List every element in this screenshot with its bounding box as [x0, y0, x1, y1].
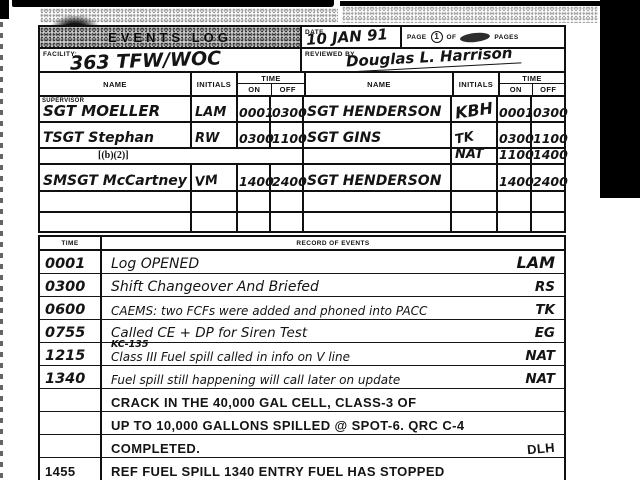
pages-label: PAGES: [494, 34, 518, 41]
event-text: COMPLETED.: [111, 441, 200, 456]
time-off-value: 2400: [533, 174, 568, 189]
roster-row-empty: [40, 192, 564, 213]
time-on-value: 0001: [239, 105, 274, 120]
initials-value: TK: [454, 129, 475, 147]
roster-row-3-redacted: [(b)(2)] NAT 1100 1400: [40, 149, 564, 165]
event-text: Shift Changeover And Briefed: [111, 279, 319, 295]
page-label: PAGE: [407, 34, 427, 41]
event-time: 1215: [45, 348, 85, 364]
event-time: 0755: [45, 325, 85, 341]
initials-value: NAT: [455, 147, 484, 162]
roster-header-row: NAME INITIALS TIME ON OFF NAME INITIALS …: [40, 73, 564, 97]
initials-header: INITIALS: [192, 73, 238, 95]
name-value: SGT GINS: [307, 130, 381, 146]
scan-artifact-corner-block: [0, 0, 9, 19]
name-cell: SUPERVISOR SGT MOELLER: [40, 97, 192, 121]
name-value: TSGT Stephan: [43, 130, 154, 146]
form-title-cell: EVENTS LOG: [40, 27, 302, 47]
roster-form: EVENTS LOG DATE 10 JAN 91 PAGE 1 OF PAGE…: [38, 25, 566, 233]
scan-noise-band-right: [342, 6, 598, 23]
initials-header: INITIALS: [454, 73, 500, 95]
event-initials: LAM: [517, 253, 556, 272]
scan-smudge-pages: [460, 31, 491, 43]
date-field: DATE 10 JAN 91: [302, 27, 402, 47]
event-row: 0001 Log OPENED LAM: [40, 251, 564, 274]
time-on-value: 1400: [499, 174, 534, 189]
name-value: SGT HENDERSON: [307, 104, 441, 120]
event-row: 0600 CAEMS: two FCFs were added and phon…: [40, 297, 564, 320]
scan-artifact-left-edge: [0, 22, 3, 478]
event-text: Log OPENED: [111, 256, 199, 272]
event-time: 0600: [45, 302, 85, 318]
initials-value: KBH: [454, 98, 494, 122]
time-off-value: 1100: [533, 131, 568, 146]
time-header: TIME: [500, 73, 564, 84]
form-title: EVENTS LOG: [108, 30, 232, 45]
time-on-value: 0300: [499, 131, 534, 146]
event-text: Class III Fuel spill called in info on V…: [111, 350, 350, 364]
event-text: CRACK IN THE 40,000 GAL CELL, CLASS-3 OF: [111, 395, 416, 410]
event-initials: NAT: [525, 348, 555, 364]
scan-artifact-top-bar-left: [12, 0, 334, 7]
roster-row-4: SMSGT McCartney VM 1400 2400 SGT HENDERS…: [40, 165, 564, 192]
reviewed-by-field: REVIEWED BY Douglas L. Harrison: [302, 49, 564, 71]
event-initials: RS: [535, 279, 555, 295]
name-header: NAME: [40, 73, 192, 95]
roster-row-2: TSGT Stephan RW 0300 1100 SGT GINS TK 03…: [40, 123, 564, 149]
event-row: 1455 REF FUEL SPILL 1340 ENTRY FUEL HAS …: [40, 458, 564, 480]
facility-field: FACILITY: 363 TFW/WOC: [40, 49, 302, 71]
time-off-value: 0300: [272, 105, 307, 120]
initials-value: LAM: [195, 105, 226, 120]
time-on-value: 0300: [239, 131, 274, 146]
off-header: OFF: [272, 84, 305, 95]
event-text: Fuel spill still happening will call lat…: [111, 373, 400, 387]
facility-value: 363 TFW/WOC: [70, 47, 222, 74]
roster-row-1: SUPERVISOR SGT MOELLER LAM 0001 0300 SGT…: [40, 97, 564, 123]
event-row: 1340 Fuel spill still happening will cal…: [40, 366, 564, 389]
redacted-cell: [(b)(2)]: [40, 149, 304, 163]
foia-redaction-tag: [(b)(2)]: [98, 150, 129, 161]
event-time: 0001: [45, 256, 85, 272]
off-header: OFF: [533, 84, 565, 95]
time-on-value: 0001: [499, 105, 534, 120]
name-header: NAME: [306, 73, 454, 95]
page-field: PAGE 1 OF PAGES: [402, 27, 564, 47]
time-header-group: TIME ON OFF: [238, 73, 304, 95]
time-off-value: 1100: [272, 131, 307, 146]
event-initials: TK: [535, 302, 555, 318]
initials-value: RW: [195, 131, 219, 146]
time-off-value: 2400: [272, 174, 307, 189]
record-of-events-table: TIME RECORD OF EVENTS 0001 Log OPENED LA…: [38, 235, 566, 480]
events-header-row: TIME RECORD OF EVENTS: [40, 237, 564, 251]
time-header: TIME: [238, 73, 304, 84]
event-initials: EG: [535, 325, 555, 341]
scan-artifact-right-margin: [600, 0, 640, 198]
event-text: REF FUEL SPILL 1340 ENTRY FUEL HAS STOPP…: [111, 464, 445, 479]
event-row-continuation: CRACK IN THE 40,000 GAL CELL, CLASS-3 OF: [40, 389, 564, 412]
initials-value: VM: [194, 173, 218, 190]
roster-row-empty: [40, 213, 564, 231]
on-header: ON: [238, 84, 272, 95]
event-row-continuation: COMPLETED. DLH: [40, 435, 564, 458]
time-off-value: 1400: [533, 147, 568, 162]
event-initials: DLH: [526, 440, 555, 457]
event-time: 0300: [45, 279, 85, 295]
of-label: OF: [447, 34, 457, 41]
time-header-group: TIME ON OFF: [500, 73, 564, 95]
event-text: UP TO 10,000 GALLONS SPILLED @ SPOT-6. Q…: [111, 418, 465, 433]
event-row: 0300 Shift Changeover And Briefed RS: [40, 274, 564, 297]
on-header: ON: [500, 84, 533, 95]
name-value: SGT HENDERSON: [307, 173, 441, 189]
facility-row: FACILITY: 363 TFW/WOC REVIEWED BY Dougla…: [40, 49, 564, 73]
event-row: 1215 KC-135 Class III Fuel spill called …: [40, 343, 564, 366]
name-value: SMSGT McCartney: [43, 173, 187, 189]
event-time: 1455: [45, 464, 76, 479]
page-number: 1: [431, 31, 443, 43]
event-initials: NAT: [525, 371, 555, 387]
events-record-header: RECORD OF EVENTS: [102, 237, 564, 249]
event-row-continuation: UP TO 10,000 GALLONS SPILLED @ SPOT-6. Q…: [40, 412, 564, 435]
roster-header-left: NAME INITIALS TIME ON OFF: [40, 73, 304, 95]
name-value: SGT MOELLER: [43, 102, 160, 120]
event-text: CAEMS: two FCFs were added and phoned in…: [111, 304, 427, 318]
event-superscript: KC-135: [111, 339, 149, 350]
events-time-header: TIME: [40, 237, 102, 249]
time-off-value: 0300: [533, 105, 568, 120]
time-on-value: 1100: [499, 147, 534, 162]
roster-header-right: NAME INITIALS TIME ON OFF: [304, 73, 564, 95]
scanned-events-log-page: EVENTS LOG DATE 10 JAN 91 PAGE 1 OF PAGE…: [0, 0, 640, 480]
time-on-value: 1400: [239, 174, 274, 189]
event-time: 1340: [45, 371, 85, 387]
